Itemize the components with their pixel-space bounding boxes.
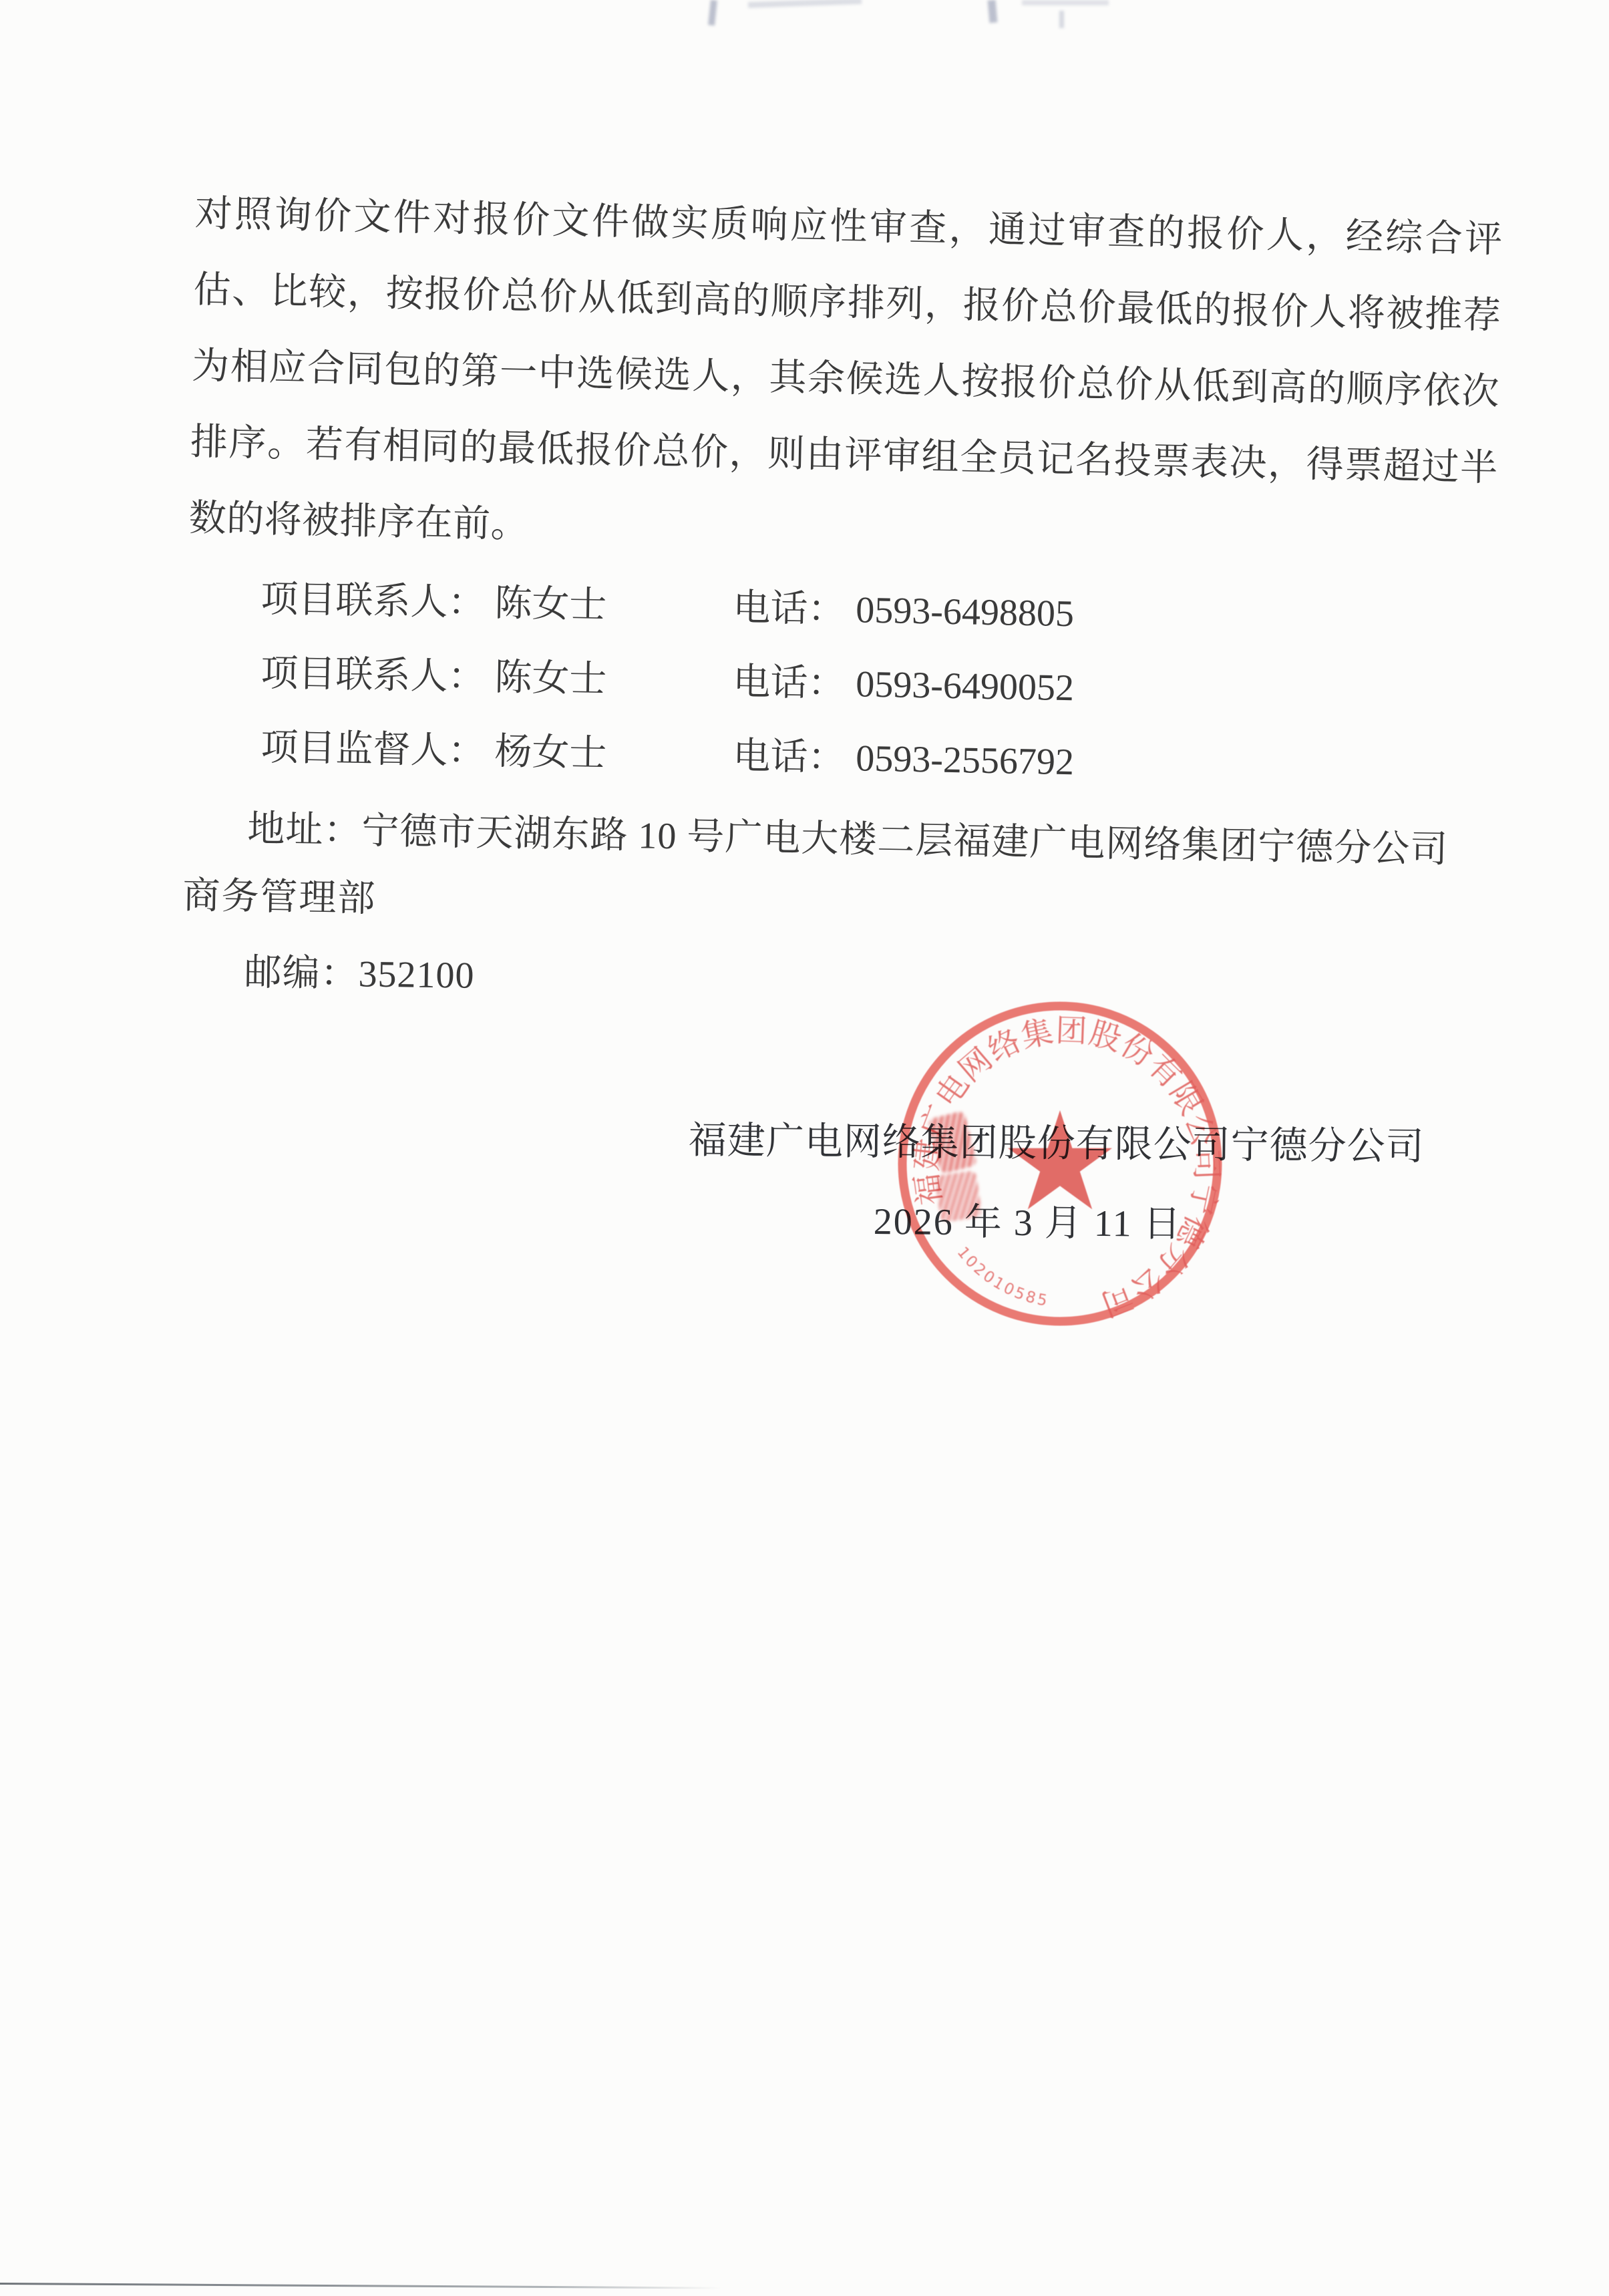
phone-label: 电话： [733,735,846,779]
contact-role-label: 项目联系人： [260,579,486,624]
contact-row: 项目联系人：陈女士 电话：0593-6490052 [260,654,1263,712]
phone-number: 0593-2556792 [856,737,1075,783]
contact-name: 陈女士 [494,657,607,700]
seal-star-icon [1008,1110,1112,1209]
seal-ink-smudge [934,1170,982,1222]
phone-label: 电话： [733,661,846,705]
contact-role-label: 项目联系人： [260,653,486,698]
contact-row: 项目监督人：杨女士 电话：0593-2556792 [260,728,1263,786]
contact-role-label: 项目监督人： [260,727,486,772]
contact-phone: 电话：0593-2556792 [733,737,1075,782]
contact-name: 陈女士 [494,583,607,626]
phone-number: 0593-6490052 [856,663,1075,709]
phone-number: 0593-6498805 [856,589,1075,635]
body-paragraph: 对照询价文件对报价文件做实质响应性审查，通过审查的报价人，经综合评估、比较，按报… [188,176,1503,583]
scan-artifact-bottom-line [0,2283,721,2289]
address-line-1: 地址：宁德市天湖东路 10 号广电大楼二层福建广电网络集团宁德分公司 [247,809,1449,870]
scan-artifact-top [988,0,998,23]
scan-artifact-top [1022,0,1109,5]
contact-phone: 电话：0593-6498805 [733,589,1075,633]
address-line-2: 商务管理部 [182,876,377,919]
scan-artifact-top [748,0,862,8]
contact-row: 项目联系人：陈女士 电话：0593-6498805 [260,580,1263,638]
contact-name: 杨女士 [494,731,607,774]
phone-label: 电话： [733,587,846,631]
scan-artifact-top [1059,11,1064,28]
postal-code-line: 邮编：352100 [244,953,475,996]
scanned-document-page: 对照询价文件对报价文件做实质响应性审查，通过审查的报价人，经综合评估、比较，按报… [0,0,1609,2296]
scan-artifact-top [708,0,717,25]
contact-phone: 电话：0593-6490052 [733,663,1075,707]
